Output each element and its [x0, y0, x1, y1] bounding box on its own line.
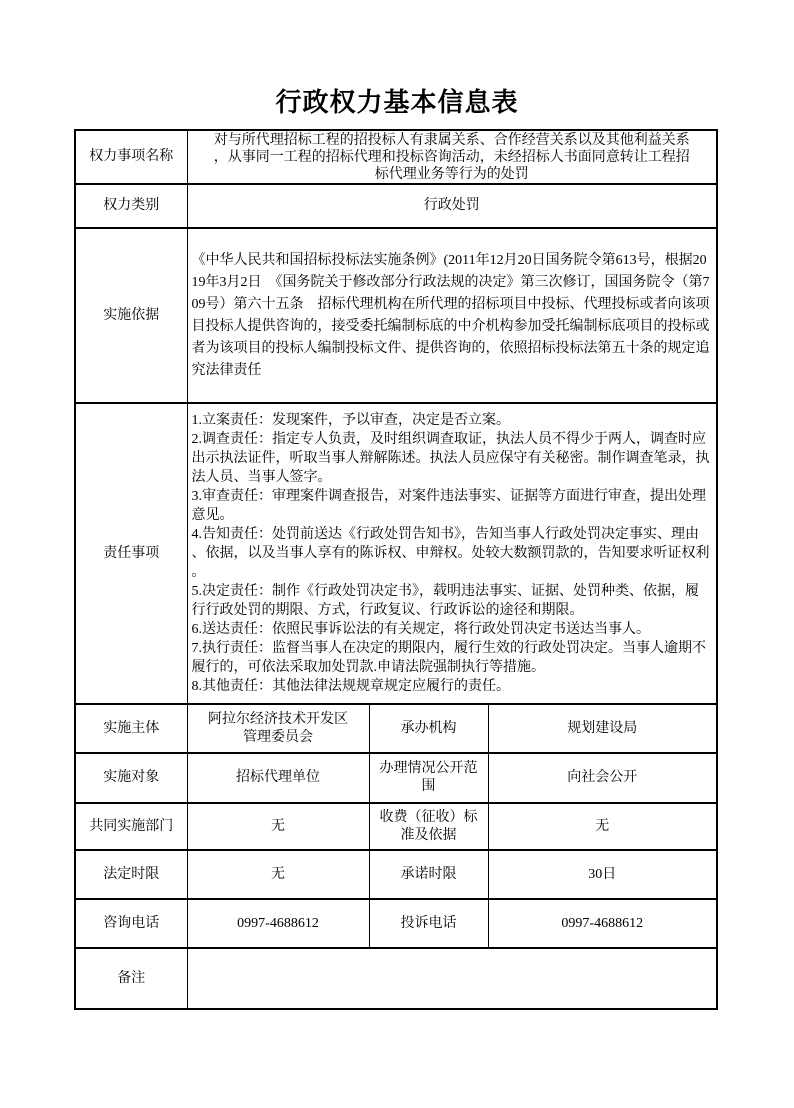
duty-item: 7.执行责任：监督当事人在决定的期限内，履行生效的行政处罚决定。当事人逾期不履行…	[192, 639, 713, 677]
implementing-body-value: 阿拉尔经济技术开发区管理委员会	[187, 704, 369, 753]
promised-time-limit-label: 承诺时限	[369, 850, 488, 899]
consultation-phone-value: 0997-4688612	[187, 899, 369, 948]
table-row: 实施对象 招标代理单位 办理情况公开范围 向社会公开	[75, 753, 717, 803]
promised-time-limit-value: 30日	[488, 850, 717, 899]
implementation-basis-value: 《中华人民共和国招标投标法实施条例》(2011年12月20日国务院令第613号，…	[187, 228, 717, 403]
fee-standard-label: 收费（征收）标准及依据	[369, 803, 488, 850]
table-row: 实施依据 《中华人民共和国招标投标法实施条例》(2011年12月20日国务院令第…	[75, 228, 717, 403]
table-row: 责任事项 1.立案责任：发现案件，予以审查，决定是否立案。 2.调查责任：指定专…	[75, 403, 717, 704]
implementation-target-label: 实施对象	[75, 753, 187, 803]
responsibility-items-label: 责任事项	[75, 403, 187, 704]
power-item-name-label: 权力事项名称	[75, 130, 187, 184]
statutory-time-limit-label: 法定时限	[75, 850, 187, 899]
disclosure-scope-label: 办理情况公开范围	[369, 753, 488, 803]
implementation-target-value: 招标代理单位	[187, 753, 369, 803]
table-row: 实施主体 阿拉尔经济技术开发区管理委员会 承办机构 规划建设局	[75, 704, 717, 753]
table-row: 权力事项名称 对与所代理招标工程的招投标人有隶属关系、合作经营关系以及其他利益关…	[75, 130, 717, 184]
duty-item: 5.决定责任：制作《行政处罚决定书》，载明违法事实、证据、处罚种类、依据，履行行…	[192, 582, 713, 620]
power-item-name-value: 对与所代理招标工程的招投标人有隶属关系、合作经营关系以及其他利益关系，从事同一工…	[187, 130, 717, 184]
duty-item: 4.告知责任：处罚前送达《行政处罚告知书》，告知当事人行政处罚决定事实、理由、依…	[192, 525, 713, 582]
disclosure-scope-value: 向社会公开	[488, 753, 717, 803]
undertaking-agency-label: 承办机构	[369, 704, 488, 753]
duty-item: 6.送达责任：依照民事诉讼法的有关规定，将行政处罚决定书送达当事人。	[192, 620, 713, 639]
implementation-basis-label: 实施依据	[75, 228, 187, 403]
duty-item: 2.调查责任：指定专人负责，及时组织调查取证，执法人员不得少于两人，调查时应出示…	[192, 430, 713, 487]
joint-departments-label: 共同实施部门	[75, 803, 187, 850]
power-category-value: 行政处罚	[187, 184, 717, 228]
table-row: 法定时限 无 承诺时限 30日	[75, 850, 717, 899]
page-title: 行政权力基本信息表	[0, 82, 794, 119]
responsibility-items-value: 1.立案责任：发现案件，予以审查，决定是否立案。 2.调查责任：指定专人负责，及…	[187, 403, 717, 704]
document-page: 行政权力基本信息表 权力事项名称 对与所代理招标工程的招投标人有隶属关系、合作经…	[0, 0, 794, 1108]
undertaking-agency-value: 规划建设局	[488, 704, 717, 753]
complaint-phone-label: 投诉电话	[369, 899, 488, 948]
fee-standard-value: 无	[488, 803, 717, 850]
duty-item: 8.其他责任：其他法律法规规章规定应履行的责任。	[192, 677, 713, 696]
power-category-label: 权力类别	[75, 184, 187, 228]
duty-item: 1.立案责任：发现案件，予以审查，决定是否立案。	[192, 411, 713, 430]
complaint-phone-value: 0997-4688612	[488, 899, 717, 948]
power-info-table: 权力事项名称 对与所代理招标工程的招投标人有隶属关系、合作经营关系以及其他利益关…	[74, 129, 718, 1010]
implementing-body-label: 实施主体	[75, 704, 187, 753]
table-row: 权力类别 行政处罚	[75, 184, 717, 228]
consultation-phone-label: 咨询电话	[75, 899, 187, 948]
joint-departments-value: 无	[187, 803, 369, 850]
duty-item: 3.审查责任：审理案件调查报告，对案件违法事实、证据等方面进行审查，提出处理意见…	[192, 487, 713, 525]
table-row: 备注	[75, 948, 717, 1009]
table-row: 共同实施部门 无 收费（征收）标准及依据 无	[75, 803, 717, 850]
table-row: 咨询电话 0997-4688612 投诉电话 0997-4688612	[75, 899, 717, 948]
statutory-time-limit-value: 无	[187, 850, 369, 899]
remarks-value	[187, 948, 717, 1009]
remarks-label: 备注	[75, 948, 187, 1009]
